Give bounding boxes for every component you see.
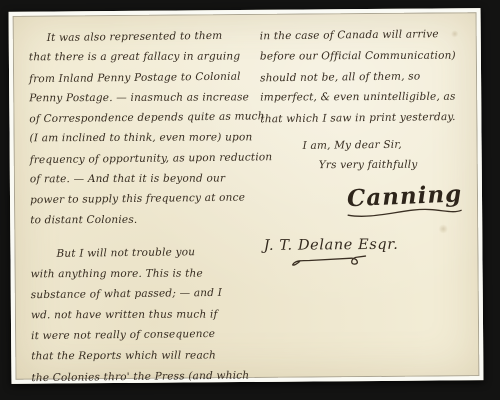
paper-smudge: [438, 224, 448, 233]
signature-block: Canning: [339, 182, 469, 220]
left-paragraph-2: But I will not trouble you with anything…: [30, 242, 256, 388]
letter-line: wd. not have written thus much if: [31, 304, 256, 326]
letter-line: substance of what passed; — and I: [31, 283, 257, 306]
letter-line: (I am inclined to think, even more) upon: [30, 128, 255, 149]
right-paragraph-1: in the case of Canada will arrive before…: [260, 24, 474, 130]
letter-line: in the case of Canada will arrive: [260, 24, 473, 47]
letter-line: with anything more. This is the: [31, 263, 256, 285]
letter-line: that there is a great fallacy in arguing: [29, 47, 254, 68]
letter-line: to distant Colonies.: [30, 209, 255, 230]
letter-line: power to supply this frequency at once: [30, 188, 255, 211]
left-paragraph-1: It was also represented to them that the…: [29, 26, 256, 231]
letter-line: But I will not trouble you: [30, 241, 256, 264]
letter-left-page: It was also represented to them that the…: [13, 14, 257, 380]
letter-line: that which I saw in print yesterday.: [261, 107, 474, 130]
addressee: J. T. Delane Esqr.: [264, 237, 399, 254]
letter-right-page: in the case of Canada will arrive before…: [254, 12, 480, 378]
letter-line: frequency of opportunity, as upon reduct…: [30, 147, 255, 170]
closing-salutation: I am, My dear Sir,: [303, 134, 474, 156]
letter-line: Penny Postage. — inasmuch as increase: [29, 87, 254, 108]
letter-paper: It was also represented to them that the…: [9, 8, 484, 384]
letter-closing: I am, My dear Sir, Yrs very faithfully: [303, 134, 474, 175]
signature: Canning: [346, 180, 462, 212]
letter-line: the Colonies thro' the Press (and which: [31, 365, 257, 388]
photo-background: It was also represented to them that the…: [0, 0, 500, 400]
letter-line: it were not really of consequence: [31, 324, 257, 347]
letter-line: of Correspondence depends quite as much: [29, 107, 254, 130]
letter-line: should not be, all of them, so: [260, 65, 473, 88]
letter-line: before our Official Communication): [260, 45, 473, 67]
letter-line: It was also represented to them: [29, 25, 254, 48]
letter-line: from Inland Penny Postage to Colonial: [29, 66, 254, 89]
letter-line: that the Reports which will reach: [31, 345, 256, 367]
letter-line: imperfect, & even unintelligible, as: [260, 87, 473, 109]
closing-valediction: Yrs very faithfully: [319, 154, 474, 175]
letter-line: of rate. — And that it is beyond our: [30, 168, 255, 189]
addressee-block: J. T. Delane Esqr.: [264, 233, 475, 269]
addressee-flourish-icon: [290, 254, 370, 269]
paper-smudge: [451, 30, 459, 37]
